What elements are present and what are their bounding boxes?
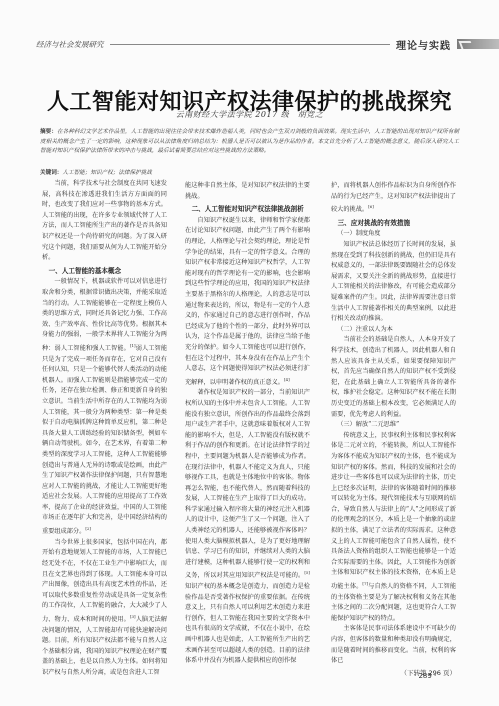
running-header: 经济与社会发展研究 理论与实践 (36, 35, 499, 53)
section-label: 理论与实践 (396, 37, 451, 52)
abstract-label: 摘要： (40, 129, 57, 135)
column-3: 护，而将机器人创作作品标识为自身所创作作品的行为已经产生，这对知识产权法律提出了… (331, 181, 456, 678)
abstract-text: 在各种科幻文学艺术作品里，人工智能的出现往往会带来技术爆炸造福人类，同时也会产生… (40, 129, 459, 154)
paragraph: 著作权是知识产权的一部分，当前知识产权所认知的主体中并未包含人工智能。人工智能没… (185, 388, 310, 667)
section-heading-2: 二、人工智能对知识产权法律挑战剖析 (185, 204, 310, 215)
section-heading-3: 三、应对挑战的有效措施 (331, 218, 456, 229)
page-number: · 289 · (414, 672, 436, 680)
paragraph: 能这种非自然主体，是对知识产权法律的主要挑战。 (185, 181, 310, 202)
paragraph: 主客体是民事司法体系建设中不可缺少的内容，但客体的数量和种类却没有明确规定，而是… (331, 624, 456, 666)
continued-note: （下转第 296 页） (331, 668, 456, 679)
section-tab-icon (457, 39, 499, 49)
column-1: 当前，科学技术与社会制度在共同飞速发展，高科技在渗透进我们生活方方面面的同时，也… (42, 179, 167, 679)
keywords-label: 关键词： (40, 170, 62, 176)
paragraph: 当今世界上很多国家，包括中国在内，都开始有意地规划人工智能的市场，人工智能已经无… (42, 538, 167, 679)
column-2: 能这种非自然主体，是对知识产权法律的主要挑战。 二、人工智能对知识产权法律挑战剖… (185, 181, 310, 667)
header-rule (110, 44, 391, 45)
journal-name: 经济与社会发展研究 (36, 39, 104, 50)
footnote-ref: [2] (85, 526, 91, 531)
abstract: 摘要：在各种科幻文学艺术作品里，人工智能的出现往往会带来技术爆炸造福人类，同时也… (40, 128, 459, 157)
paragraph: 自知识产权诞生以来，律师和哲学家便都在讨论知识产权问题，由此产生了两个有影响的理… (185, 216, 310, 389)
intro-paragraph: 当前，科学技术与社会制度在共同飞速发展，高科技在渗透进我们生活方方面面的同时，也… (42, 179, 167, 264)
footnote-ref: [4] (284, 377, 290, 382)
paragraph: 当前社会的基础是自然人，人本身开发了科学技术，创造出了机器人，因此机器人和自然人… (331, 335, 456, 420)
subsection-heading-3: （三）解放“二元思维” (331, 420, 456, 431)
footnote-ref: [5] (304, 570, 310, 575)
paragraph: 护，而将机器人创作作品标识为自身所创作作品的行为已经产生，这对知识产权法律提出了… (331, 181, 456, 216)
keywords: 关键词：人工智能；知识产权；法律保护挑战 (40, 168, 459, 176)
paragraph: 知识产权法总体经历了长时间的发展，虽然现在受到了科技创新的挑战，但仍旧是具有权威… (331, 240, 456, 325)
paragraph: 传统意义上，民事权利主体和民事权利客体是二元对立的，不能转换，所以人工智能作为客… (331, 431, 456, 625)
subsection-heading-2: （二）注重以人为本 (331, 325, 456, 336)
subsection-heading-1: （一）制度角度 (331, 229, 456, 240)
paragraph: 一般情况下，机器或软件可以对信息进行取舍和分类，根据常识做出决策，并能采取适当的… (42, 277, 167, 537)
footnote-ref: [6] (368, 204, 374, 209)
section-heading-1: 一、人工智能的基本概念 (42, 266, 167, 277)
keywords-text: 人工智能；知识产权；法律保护挑战 (62, 170, 152, 176)
author-line: 云南财经大学法学院 2017 级 胡竞之 (0, 109, 499, 120)
